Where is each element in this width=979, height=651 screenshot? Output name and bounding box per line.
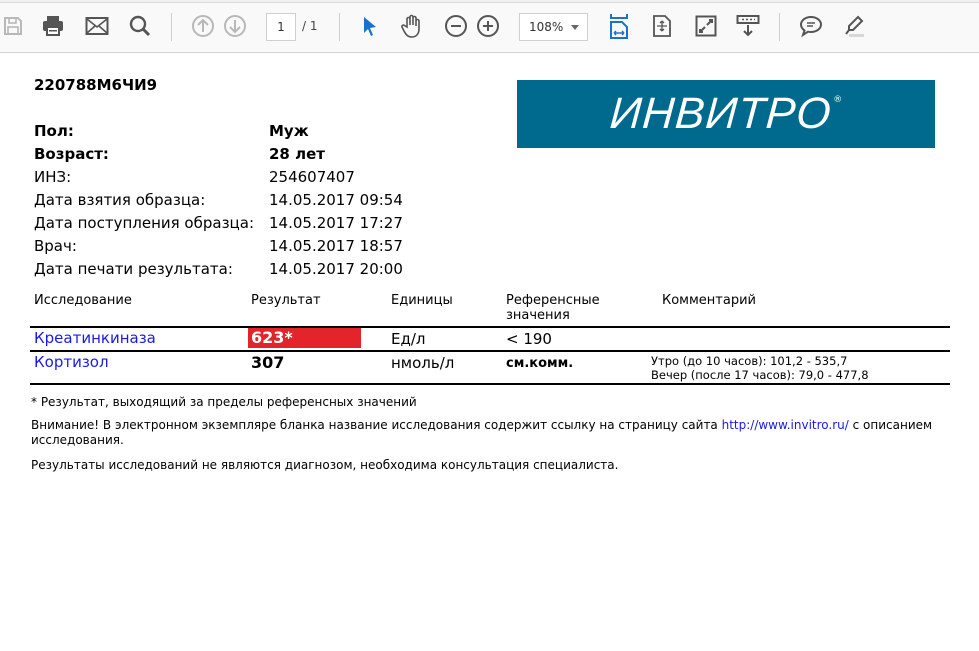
comment-line-evening: Вечер (после 17 часов): 79,0 - 477,8 bbox=[651, 368, 869, 382]
zoom-level-value: 108% bbox=[529, 20, 563, 34]
header-units: Единицы bbox=[391, 293, 453, 308]
info-label: Врач: bbox=[34, 235, 77, 258]
toolbar-separator bbox=[339, 13, 340, 41]
notice-pre: Внимание! В электронном экземпляре бланк… bbox=[31, 418, 722, 432]
invitro-logo: ИНВИТРО ® bbox=[517, 80, 935, 148]
arrow-up-circle-icon bbox=[191, 14, 215, 38]
save-icon bbox=[2, 15, 24, 37]
plus-circle-icon bbox=[476, 14, 500, 38]
header-test: Исследование bbox=[34, 293, 132, 308]
pdf-toolbar: 1 / 1 108% bbox=[0, 0, 979, 53]
search-button[interactable] bbox=[127, 13, 153, 39]
registered-mark: ® bbox=[833, 95, 842, 105]
reference-value: см.комм. bbox=[506, 356, 573, 371]
zoom-out-button[interactable] bbox=[443, 13, 469, 39]
table-divider bbox=[30, 350, 950, 352]
page-number-input[interactable]: 1 bbox=[266, 13, 296, 41]
pen-icon bbox=[842, 14, 866, 38]
search-icon bbox=[128, 14, 152, 38]
info-label: Пол: bbox=[34, 120, 74, 143]
table-divider bbox=[30, 383, 950, 385]
info-value: 14.05.2017 20:00 bbox=[269, 258, 403, 281]
hand-tool-button[interactable] bbox=[400, 13, 426, 39]
email-button[interactable] bbox=[84, 13, 110, 39]
comment-icon bbox=[799, 14, 823, 38]
zoom-level-dropdown[interactable]: 108% bbox=[519, 13, 588, 41]
cursor-arrow-icon bbox=[360, 15, 380, 37]
fullscreen-icon bbox=[695, 15, 717, 37]
units-value: Ед/л bbox=[391, 330, 426, 348]
comment-line-morning: Утро (до 10 часов): 101,2 - 535,7 bbox=[651, 354, 869, 368]
email-icon bbox=[85, 16, 109, 36]
reference-value: < 190 bbox=[506, 330, 552, 348]
asterisk-footnote: * Результат, выходящий за пределы рефере… bbox=[31, 395, 417, 410]
fullscreen-button[interactable] bbox=[693, 13, 719, 39]
table-divider bbox=[30, 326, 950, 328]
info-value: 28 лет bbox=[269, 143, 325, 166]
save-button[interactable] bbox=[0, 13, 26, 39]
hand-icon bbox=[401, 13, 425, 39]
info-label: ИНЗ: bbox=[34, 166, 71, 189]
page-total: / 1 bbox=[302, 19, 318, 33]
fit-width-button[interactable] bbox=[606, 13, 632, 39]
arrow-down-circle-icon bbox=[223, 14, 247, 38]
notice-post: с описанием bbox=[849, 418, 932, 432]
comment-text: Утро (до 10 часов): 101,2 - 535,7 Вечер … bbox=[651, 354, 869, 382]
scroll-mode-button[interactable] bbox=[735, 13, 761, 39]
comment-button[interactable] bbox=[798, 13, 824, 39]
notice-text: Внимание! В электронном экземпляре бланк… bbox=[31, 418, 932, 448]
info-label: Дата поступления образца: bbox=[34, 212, 254, 235]
invitro-link[interactable]: http://www.invitro.ru/ bbox=[722, 418, 849, 432]
header-result: Результат bbox=[251, 293, 321, 308]
test-link-cortisol[interactable]: Кортизол bbox=[34, 353, 109, 371]
info-value: 14.05.2017 17:27 bbox=[269, 212, 403, 235]
result-value: 307 bbox=[251, 353, 284, 372]
test-link-creatine-kinase[interactable]: Креатинкиназа bbox=[34, 329, 156, 347]
toolbar-separator bbox=[779, 13, 780, 41]
info-value: 14.05.2017 09:54 bbox=[269, 189, 403, 212]
next-page-button[interactable] bbox=[222, 13, 248, 39]
order-id: 220788M6ЧИ9 bbox=[34, 76, 157, 94]
scroll-mode-icon bbox=[736, 14, 760, 38]
header-reference-line2: значения bbox=[506, 308, 600, 323]
toolbar-separator bbox=[171, 13, 172, 41]
header-reference: Референсные значения bbox=[506, 293, 600, 323]
chevron-down-icon bbox=[571, 25, 579, 30]
info-value: Муж bbox=[269, 120, 309, 143]
disclaimer: Результаты исследований не являются диаг… bbox=[31, 458, 618, 473]
logo-text: ИНВИТРО bbox=[608, 89, 833, 139]
units-value: нмоль/л bbox=[391, 354, 454, 372]
fit-width-icon bbox=[608, 13, 630, 39]
info-label: Возраст: bbox=[34, 143, 109, 166]
notice-line2: исследования. bbox=[31, 433, 932, 448]
rotate-page-icon bbox=[651, 14, 673, 38]
select-tool-button[interactable] bbox=[357, 13, 383, 39]
zoom-in-button[interactable] bbox=[475, 13, 501, 39]
print-icon bbox=[41, 14, 65, 38]
minus-circle-icon bbox=[444, 14, 468, 38]
header-comment: Комментарий bbox=[662, 293, 756, 308]
pdf-page: 220788M6ЧИ9 ИНВИТРО ® Пол: Муж Возраст: … bbox=[0, 54, 979, 651]
highlight-button[interactable] bbox=[841, 13, 867, 39]
info-label: Дата печати результата: bbox=[34, 258, 233, 281]
info-value: 254607407 bbox=[269, 166, 355, 189]
print-button[interactable] bbox=[40, 13, 66, 39]
info-label: Дата взятия образца: bbox=[34, 189, 205, 212]
previous-page-button[interactable] bbox=[190, 13, 216, 39]
toolbar-top-border bbox=[0, 0, 979, 3]
out-of-range-flag: 623* bbox=[248, 328, 361, 348]
info-value: 14.05.2017 18:57 bbox=[269, 235, 403, 258]
result-value: 623* bbox=[251, 328, 293, 348]
header-reference-line1: Референсные bbox=[506, 293, 600, 308]
rotate-page-button[interactable] bbox=[649, 13, 675, 39]
